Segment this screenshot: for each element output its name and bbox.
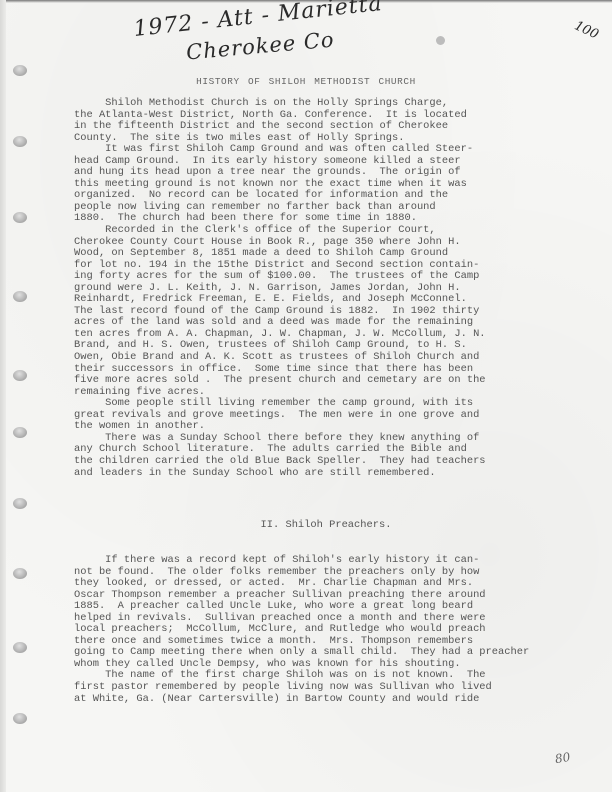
text-line: the children carried the old Blue Back S… xyxy=(74,456,594,468)
document-page: 1972 - Att - Marietta Cherokee Co 100 80… xyxy=(0,0,612,792)
text-line: five more acres sold . The present churc… xyxy=(74,375,594,387)
binder-hole xyxy=(13,291,27,302)
text-line: Owen, Obie Brand and A. K. Scott as trus… xyxy=(74,352,594,364)
text-line: Wood, on September 8, 1851 made a deed t… xyxy=(74,248,594,260)
handwritten-page-number: 100 xyxy=(572,18,601,42)
scan-speck xyxy=(436,36,445,45)
binder-hole xyxy=(13,65,27,76)
handwritten-footer-number: 80 xyxy=(554,750,571,766)
text-line: first pastor remembered by people living… xyxy=(74,682,594,694)
binder-hole xyxy=(13,427,27,438)
text-line: Shiloh Methodist Church is on the Holly … xyxy=(74,98,594,110)
text-line: 1885. A preacher called Uncle Luke, who … xyxy=(74,601,594,613)
binder-hole xyxy=(13,713,27,724)
text-line: they looked, or dressed, or acted. Mr. C… xyxy=(74,578,594,590)
text-line: and leaders in the Sunday School who are… xyxy=(74,468,594,480)
binder-hole xyxy=(13,498,27,509)
binder-hole xyxy=(13,136,27,147)
text-line: in the fifteenth District and the second… xyxy=(74,121,594,133)
section1-body: Shiloh Methodist Church is on the Holly … xyxy=(74,98,594,479)
document-title: HISTORY OF SHILOH METHODIST CHURCH xyxy=(0,76,612,87)
text-line: It was first Shiloh Camp Ground and was … xyxy=(74,144,594,156)
binder-hole xyxy=(13,212,27,223)
binder-hole xyxy=(13,370,27,381)
binder-hole xyxy=(13,642,27,653)
scan-left-edge xyxy=(0,0,6,792)
text-line: at White, Ga. (Near Cartersville) in Bar… xyxy=(74,694,594,706)
text-line: Recorded in the Clerk's office of the Su… xyxy=(74,225,594,237)
section2-body: If there was a record kept of Shiloh's e… xyxy=(74,555,594,705)
binder-hole xyxy=(13,568,27,579)
text-line: If there was a record kept of Shiloh's e… xyxy=(74,555,594,567)
section2-heading: II. Shiloh Preachers. xyxy=(0,519,612,531)
